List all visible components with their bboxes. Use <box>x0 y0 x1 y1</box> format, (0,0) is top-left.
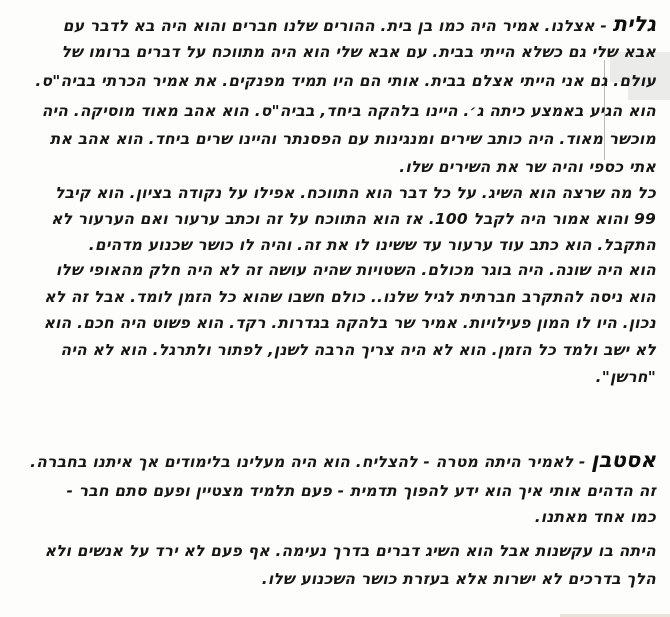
speaker-separator: - <box>595 17 613 35</box>
text-line: עולם. גם אני הייתי אצלם בבית. אותי הם הי… <box>35 72 656 90</box>
text-line: התקבל. הוא כתב עוד ערעור עד ששינו לו את … <box>89 236 656 254</box>
speaker-name: גלית <box>613 12 656 36</box>
text-line: כמו אחד מאתנו. <box>535 508 656 526</box>
text-line: 99 והוא אמור היה לקבל 100. אז הוא התווכח… <box>51 210 656 228</box>
text-line: אבא שלי גם כשלא הייתי בבית. עם אבא שלי ה… <box>61 43 656 61</box>
text-line: כל מה שרצה הוא השיג. על כל דבר הוא התווכ… <box>55 184 656 202</box>
text-line: גלית - אצלנו. אמיר היה כמו בן בית. ההורי… <box>63 12 656 36</box>
speaker-name: אסטבן <box>591 448 656 472</box>
text-line: הוא היה שונה. היה בוגר מכולם. השטויות שה… <box>56 261 656 279</box>
line-text: לאמיר היתה מטרה - להצליח. הוא היה מעלינו… <box>30 453 573 471</box>
text-line: "חרשן". <box>596 368 656 386</box>
text-line: היתה בו עקשנות אבל הוא השיג דברים בדרך נ… <box>45 542 656 560</box>
text-line: לא ישב ולמד כל הזמן. הוא לא היה צריך הרב… <box>60 341 656 359</box>
text-line: מוכשר מאוד. היה כותב שירים ומנגינות עם ה… <box>50 130 656 148</box>
document-page: גלית - אצלנו. אמיר היה כמו בן בית. ההורי… <box>0 0 670 617</box>
text-line: נכון. היו לו המון פעילויות. אמיר שר בלהק… <box>44 314 656 332</box>
text-line: זה הדהים אותי איך הוא ידע להפוך תדמית - … <box>67 482 656 500</box>
text-line: הוא ניסה להתקרב חברתית לגיל שלנו.. כולם … <box>44 288 656 306</box>
line-text: אצלנו. אמיר היה כמו בן בית. ההורים שלנו … <box>63 17 595 35</box>
text-line: אתי כספי והיה שר את השירים שלו. <box>399 158 656 176</box>
speaker-separator: - <box>573 453 591 471</box>
text-line: הוא הגיע באמצע כיתה ג׳. היינו בלהקה ביחד… <box>42 102 656 120</box>
text-line: אסטבן - לאמיר היתה מטרה - להצליח. הוא הי… <box>30 448 656 472</box>
text-line: הלך בדרכים לא ישרות אלא בעזרת כושר השכנו… <box>262 570 656 588</box>
